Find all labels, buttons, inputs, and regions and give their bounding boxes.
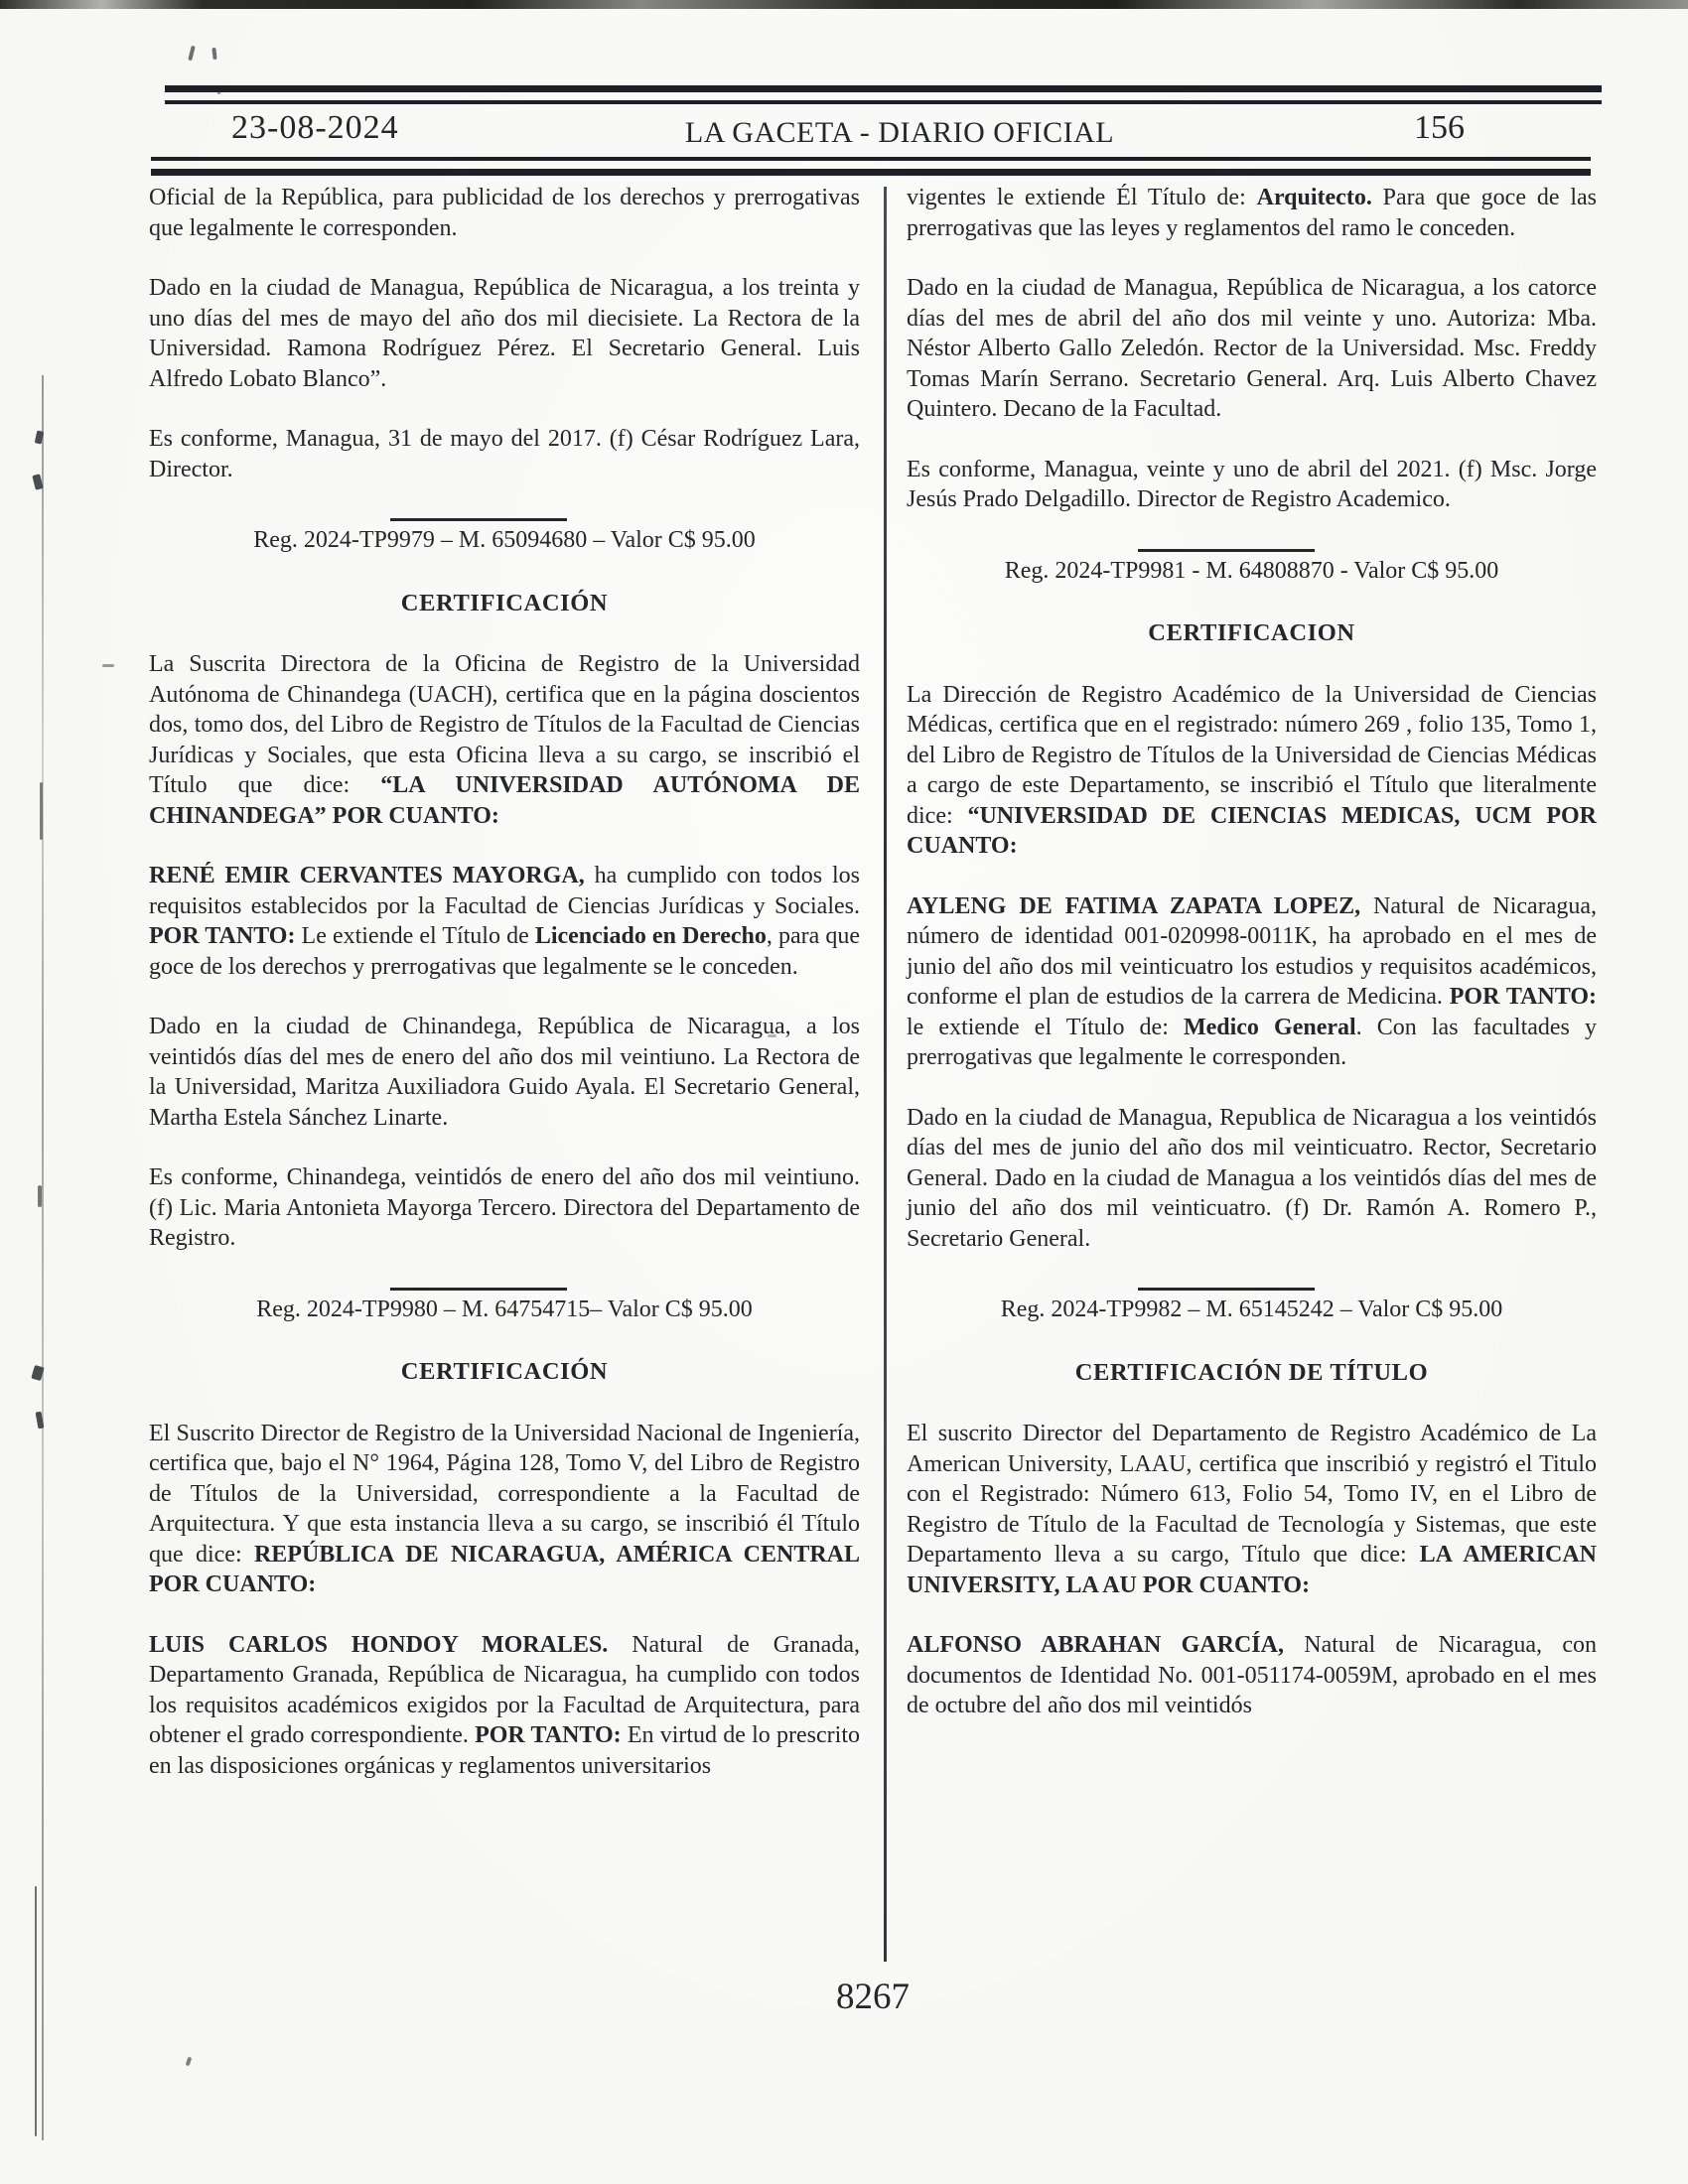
- column-left: Oficial de la República, para publicidad…: [149, 183, 860, 1811]
- scan-artifact: [186, 2057, 193, 2067]
- paragraph: La Dirección de Registro Académico de la…: [907, 680, 1597, 862]
- scan-artifact: [40, 782, 43, 840]
- bold-run: REPÚBLICA DE NICARAGUA, AMÉRICA CENTRAL …: [149, 1542, 860, 1598]
- bold-run: POR TANTO:: [149, 923, 295, 949]
- paragraph: Dado en la ciudad de Managua, República …: [907, 273, 1597, 425]
- scan-artifact-top-streak: [0, 0, 1688, 9]
- text-run: Dado en la ciudad de Managua, Republica …: [907, 1105, 1597, 1252]
- registration-line: Reg. 2024-TP9980 – M. 64754715– Valor C$…: [149, 1288, 860, 1325]
- text-run: Dado en la ciudad de Managua, República …: [149, 275, 860, 392]
- paragraph: ALFONSO ABRAHAN GARCÍA, Natural de Nicar…: [907, 1630, 1597, 1721]
- separator-line: [390, 1288, 567, 1291]
- text-run: Es conforme, Managua, 31 de mayo del 201…: [149, 426, 860, 482]
- registration-line: Reg. 2024-TP9982 – M. 65145242 – Valor C…: [907, 1288, 1597, 1325]
- paragraph: El Suscrito Director de Registro de la U…: [149, 1419, 860, 1600]
- bold-run: POR TANTO:: [475, 1722, 622, 1748]
- registration-text: Reg. 2024-TP9982 – M. 65145242 – Valor C…: [907, 1295, 1597, 1325]
- section-heading: CERTIFICACIÓN: [149, 589, 860, 619]
- separator-line: [1138, 1288, 1315, 1291]
- text-run: Es conforme, Chinandega, veintidós de en…: [149, 1164, 860, 1251]
- folio-page-number: 8267: [149, 1976, 1597, 2018]
- text-run: le extiende el Título de:: [907, 1015, 1184, 1040]
- text-run: Oficial de la República, para publicidad…: [149, 185, 860, 241]
- text-run: Dado en la ciudad de Managua, República …: [907, 275, 1597, 422]
- text-run: Le extiende el Título de: [295, 923, 534, 949]
- bold-run: AYLENG DE FATIMA ZAPATA LOPEZ,: [907, 893, 1360, 919]
- separator-line: [390, 518, 567, 521]
- column-right: vigentes le extiende Él Título de: Arqui…: [907, 183, 1597, 1751]
- paragraph: Dado en la ciudad de Managua, Republica …: [907, 1103, 1597, 1255]
- masthead-page-number: 156: [1414, 109, 1465, 147]
- paragraph: Oficial de la República, para publicidad…: [149, 183, 860, 243]
- scan-artifact: [211, 48, 216, 60]
- bold-run: POR TANTO:: [1450, 984, 1597, 1010]
- registration-text: Reg. 2024-TP9979 – M. 65094680 – Valor C…: [149, 525, 860, 556]
- paragraph: AYLENG DE FATIMA ZAPATA LOPEZ, Natural d…: [907, 891, 1597, 1073]
- bold-run: Medico General: [1184, 1015, 1356, 1040]
- bold-run: LUIS CARLOS HONDOY MORALES.: [149, 1632, 608, 1658]
- section-heading: CERTIFICACIÓN: [149, 1357, 860, 1388]
- separator-line: [1138, 549, 1315, 552]
- text-run: vigentes le extiende Él Título de:: [907, 185, 1257, 210]
- registration-line: Reg. 2024-TP9981 - M. 64808870 - Valor C…: [907, 549, 1597, 587]
- bold-run: “UNIVERSIDAD DE CIENCIAS MEDICAS, UCM PO…: [907, 803, 1597, 860]
- paragraph: LUIS CARLOS HONDOY MORALES. Natural de G…: [149, 1630, 860, 1782]
- masthead-rule-top-thick: [165, 85, 1602, 92]
- registration-text: Reg. 2024-TP9980 – M. 64754715– Valor C$…: [149, 1295, 860, 1325]
- paragraph: Es conforme, Managua, veinte y uno de ab…: [907, 455, 1597, 515]
- paragraph: Es conforme, Chinandega, veintidós de en…: [149, 1162, 860, 1254]
- gazette-page: 23-08-2024 LA GACETA - DIARIO OFICIAL 15…: [0, 0, 1688, 2184]
- paragraph: vigentes le extiende Él Título de: Arqui…: [907, 183, 1597, 243]
- paragraph: La Suscrita Directora de la Oficina de R…: [149, 649, 860, 831]
- body-columns: Oficial de la República, para publicidad…: [149, 183, 1597, 1962]
- masthead-rule-bottom-thick: [151, 169, 1591, 176]
- masthead-rule-top-thin: [165, 100, 1602, 104]
- paragraph: RENÉ EMIR CERVANTES MAYORGA, ha cumplido…: [149, 861, 860, 982]
- paragraph: Es conforme, Managua, 31 de mayo del 201…: [149, 424, 860, 484]
- section-heading: CERTIFICACION: [907, 618, 1597, 649]
- text-run: Es conforme, Managua, veinte y uno de ab…: [907, 457, 1597, 513]
- bold-run: Licenciado en Derecho: [535, 923, 767, 949]
- scan-artifact: [38, 1185, 42, 1207]
- paragraph: El suscrito Director del Departamento de…: [907, 1419, 1597, 1600]
- section-heading: CERTIFICACIÓN DE TÍTULO: [907, 1358, 1597, 1389]
- scan-artifact: [102, 664, 114, 667]
- paragraph: Dado en la ciudad de Managua, República …: [149, 273, 860, 394]
- bold-run: Arquitecto.: [1257, 185, 1372, 210]
- registration-line: Reg. 2024-TP9979 – M. 65094680 – Valor C…: [149, 518, 860, 556]
- scan-artifact-fold-line: [42, 375, 44, 2140]
- text-run: Dado en la ciudad de Chinandega, Repúbli…: [149, 1014, 860, 1131]
- masthead-rule-bottom-thin: [151, 157, 1591, 161]
- column-divider: [884, 187, 887, 1962]
- scan-artifact: [188, 46, 196, 62]
- paragraph: Dado en la ciudad de Chinandega, Repúbli…: [149, 1012, 860, 1133]
- bold-run: ALFONSO ABRAHAN GARCÍA,: [907, 1632, 1284, 1658]
- scan-artifact: [35, 1886, 37, 2136]
- registration-text: Reg. 2024-TP9981 - M. 64808870 - Valor C…: [907, 556, 1597, 587]
- bold-run: RENÉ EMIR CERVANTES MAYORGA,: [149, 863, 585, 888]
